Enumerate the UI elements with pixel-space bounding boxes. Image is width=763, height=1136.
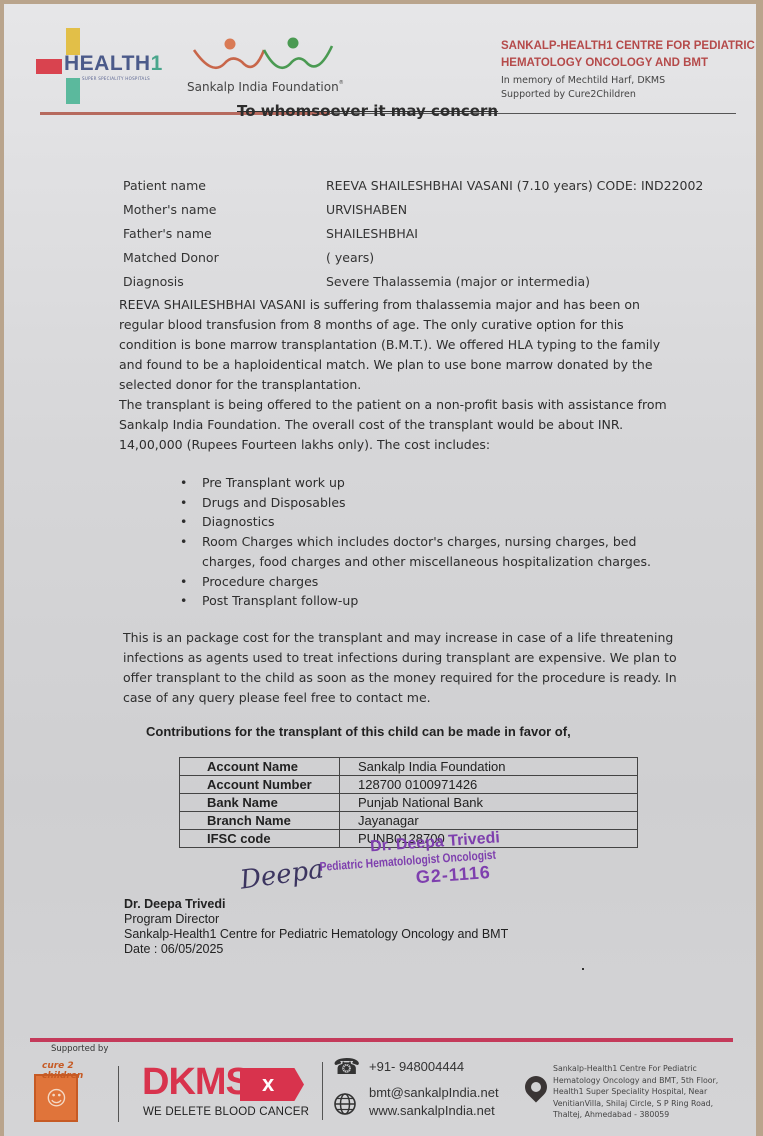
centre-subtitle: In memory of Mechtild Harf, DKMS Support… [501, 74, 665, 102]
cost-items-list: Pre Transplant work up Drugs and Disposa… [180, 473, 680, 611]
sankalp-foundation-name: Sankalp India Foundation® [187, 80, 344, 94]
paper-speck [582, 968, 584, 970]
info-row-donor: Matched Donor( years) [123, 250, 703, 274]
footer-divider [30, 1038, 733, 1042]
website-link[interactable]: www.sankalpIndia.net [369, 1103, 495, 1118]
info-row-patient: Patient nameREEVA SHAILESHBHAI VASANI (7… [123, 178, 703, 202]
bank-label: IFSC code [180, 830, 340, 848]
table-row: Bank NamePunjab National Bank [180, 794, 638, 812]
sankalp-logo-icon [192, 36, 337, 78]
info-value: ( years) [326, 250, 374, 274]
info-row-father: Father's nameSHAILESHBHAI [123, 226, 703, 250]
signatory-title: Program Director [124, 912, 508, 927]
table-row: Account Number128700 0100971426 [180, 776, 638, 794]
dkms-tagline: WE DELETE BLOOD CANCER [143, 1106, 309, 1118]
child-figure-icon: ☺ [46, 1086, 67, 1110]
footer-separator [118, 1066, 119, 1122]
bank-label: Branch Name [180, 812, 340, 830]
health1-logo-cross-bottom [66, 78, 80, 104]
info-value: URVISHABEN [326, 202, 407, 226]
cure2children-logo: cure 2 children ☺ [34, 1064, 86, 1122]
salutation-heading: To whomsoever it may concern [237, 102, 498, 120]
info-value: REEVA SHAILESHBHAI VASANI (7.10 years) C… [326, 178, 703, 202]
list-item: Diagnostics [180, 512, 680, 532]
health1-tagline: SUPER SPECIALITY HOSPITALS [82, 76, 150, 81]
bank-label: Account Name [180, 758, 340, 776]
centre-title: SANKALP-HEALTH1 CENTRE FOR PEDIATRIC HEM… [501, 38, 761, 72]
patient-info-table: Patient nameREEVA SHAILESHBHAI VASANI (7… [123, 178, 703, 298]
info-value: SHAILESHBHAI [326, 226, 418, 250]
info-label: Father's name [123, 226, 326, 250]
bank-label: Bank Name [180, 794, 340, 812]
dkms-badge-icon: x [240, 1068, 304, 1101]
health1-logo-cross-top [66, 28, 80, 55]
health1-logo: HEALTH1 [64, 52, 163, 76]
bank-value: Jayanagar [340, 812, 638, 830]
signatory-block: Dr. Deepa Trivedi Program Director Sanka… [124, 897, 508, 957]
paragraph-condition: REEVA SHAILESHBHAI VASANI is suffering f… [119, 295, 679, 395]
info-label: Matched Donor [123, 250, 326, 274]
paragraph-package-note: This is an package cost for the transpla… [123, 628, 683, 708]
phone-icon: ☎ [333, 1055, 360, 1080]
list-item: Room Charges which includes doctor's cha… [180, 532, 680, 571]
health1-logo-cross-left [36, 59, 62, 74]
email-link[interactable]: bmt@sankalpIndia.net [369, 1085, 499, 1100]
signatory-name: Dr. Deepa Trivedi [124, 897, 508, 912]
cure2children-logo-text: cure 2 children [42, 1061, 86, 1081]
contribution-heading: Contributions for the transplant of this… [146, 724, 571, 739]
list-item: Drugs and Disposables [180, 493, 680, 513]
table-row: Branch NameJayanagar [180, 812, 638, 830]
table-row: Account NameSankalp India Foundation [180, 758, 638, 776]
info-row-mother: Mother's nameURVISHABEN [123, 202, 703, 226]
phone-number[interactable]: +91- 948004444 [369, 1059, 464, 1074]
signatory-organization: Sankalp-Health1 Centre for Pediatric Hem… [124, 927, 508, 942]
footer-separator [322, 1062, 323, 1120]
list-item: Post Transplant follow-up [180, 591, 680, 611]
paragraph-cost: The transplant is being offered to the p… [119, 395, 679, 455]
dkms-logo: DKMS [142, 1062, 250, 1102]
info-label: Mother's name [123, 202, 326, 226]
supported-by-label: Supported by [51, 1044, 108, 1054]
bank-details-table: Account NameSankalp India Foundation Acc… [179, 757, 638, 848]
list-item: Procedure charges [180, 572, 680, 592]
globe-icon [333, 1092, 359, 1118]
bank-value: Punjab National Bank [340, 794, 638, 812]
bank-value: Sankalp India Foundation [340, 758, 638, 776]
info-label: Patient name [123, 178, 326, 202]
list-item: Pre Transplant work up [180, 473, 680, 493]
bank-value: 128700 0100971426 [340, 776, 638, 794]
letter-date: Date : 06/05/2025 [124, 942, 508, 957]
footer-address: Sankalp-Health1 Centre For Pediatric Hem… [553, 1063, 743, 1121]
bank-label: Account Number [180, 776, 340, 794]
